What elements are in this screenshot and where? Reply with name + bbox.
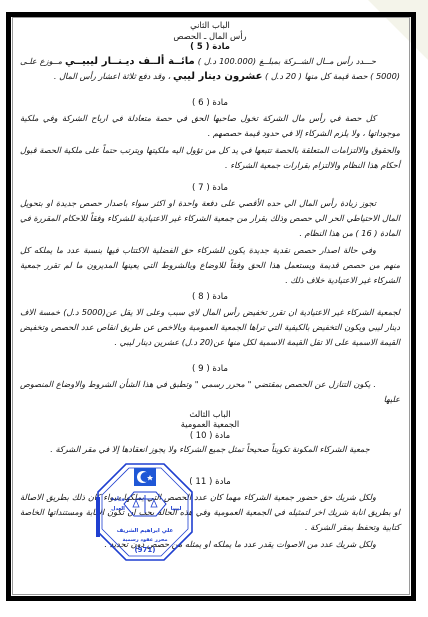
article-9-para-1: . يكون التنازل عن الحصص بمقتضي " محرر رس… <box>20 377 400 407</box>
chapter-3-subtitle: الجمعية العمومية <box>20 419 400 430</box>
article-5-share-value-words: عشرون دينار ليبي <box>173 71 262 82</box>
stamp-ministry-name: العدل <box>111 506 125 512</box>
article-5-line1-pre: حـــدد رأس مــال الشــركة بمبلــغ (100.0… <box>198 56 376 66</box>
article-5-heading: مادة ( 5 ) <box>20 41 400 52</box>
article-8-para-1: لجمعية الشركاء غير الاعتيادية ان تقرر تخ… <box>20 305 400 350</box>
stamp-ministry-label: وزارة <box>111 496 125 502</box>
chapter-3-title: الباب الثالث <box>20 409 400 420</box>
article-7-para-1: تجوز زيادة رأس المال الي حده الأقصي على … <box>20 196 400 241</box>
stamp-number: (971) <box>134 546 155 554</box>
article-6-para-2: والحقوق والالتزامات المتعلقة بالحصة تتبع… <box>20 143 400 173</box>
stamp-notary-role: محرر عقود رسمية <box>122 537 167 543</box>
article-6-para-1: كل حصة في رأس مال الشركة تخول صاحبها الح… <box>20 111 400 141</box>
article-5-line2-post: ، وقد دفع ثلاثة اعشار رأس المال . <box>54 71 170 81</box>
article-11-para-2: ولكل شريك عدد من الاصوات يقدر عدد ما يمل… <box>20 537 400 552</box>
document-body: الباب الثاني رأس المال ـ الحصص مادة ( 5 … <box>20 20 400 554</box>
stamp-notary-name: علي ابراهيم الشريف <box>117 528 174 534</box>
article-5-line1-post: مــوزع علـى <box>20 56 62 66</box>
chapter-2-subtitle: رأس المال ـ الحصص <box>20 31 400 42</box>
official-stamp: وزارة العدل ليبيا علي ابراهيم الشريف محر… <box>96 462 194 562</box>
article-11-heading: مادة ( 11 ) <box>20 477 400 488</box>
stamp-country: ليبيا <box>171 506 182 512</box>
article-10-para-1: جمعية الشركاء المكونة تكويناً صحيحاً تمث… <box>20 442 400 457</box>
article-10-heading: مادة ( 10 ) <box>20 430 400 441</box>
article-8-heading: مادة ( 8 ) <box>20 292 400 303</box>
article-11-para-1: ولكل شريك حق حضور جمعية الشركاء مهما كان… <box>20 490 400 535</box>
article-5-text: حـــدد رأس مــال الشــركة بمبلــغ (100.0… <box>20 54 400 84</box>
article-9-heading: مادة ( 9 ) <box>20 364 400 375</box>
article-7-heading: مادة ( 7 ) <box>20 183 400 194</box>
chapter-2-title: الباب الثاني <box>20 20 400 31</box>
article-7-para-2: وفي حالة اصدار حصص نقدية جديدة يكون للشر… <box>20 243 400 288</box>
article-6-heading: مادة ( 6 ) <box>20 98 400 109</box>
stamp-octagon-icon: وزارة العدل ليبيا علي ابراهيم الشريف محر… <box>96 462 194 562</box>
article-5-line2-pre: (5000 ) حصة قيمة كل منها ( 20 د.ل ) <box>265 71 400 81</box>
article-5-amount-words: مائــة ألــف ديـنــار ليبيــي <box>65 56 195 67</box>
